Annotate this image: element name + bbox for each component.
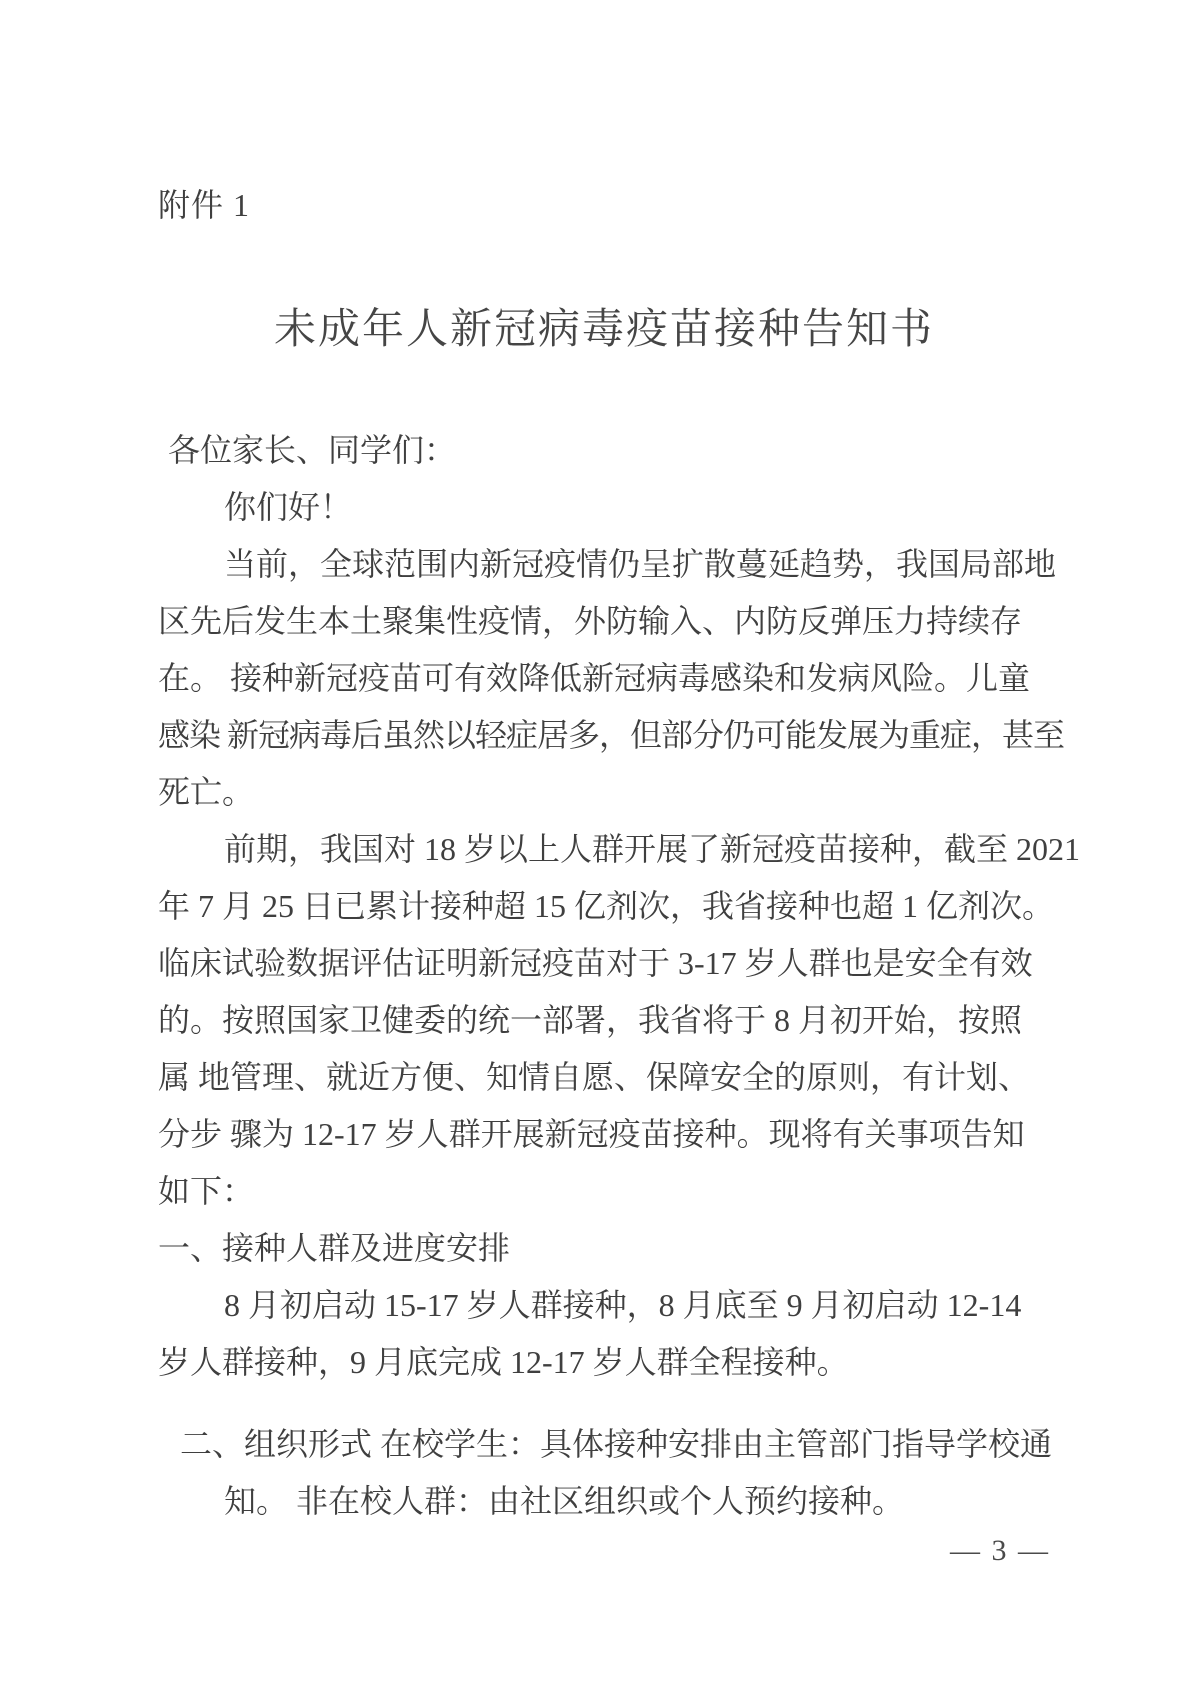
section-heading: 一、接种人群及进度安排 [158, 1220, 1050, 1277]
body-line: 知。 非在校人群：由社区组织或个人预约接种。 [158, 1473, 1050, 1530]
document-title: 未成年人新冠病毒疫苗接种告知书 [158, 305, 1050, 355]
body-line: 区先后发生本土聚集性疫情，外防输入、内防反弹压力持续存 [158, 593, 1050, 650]
body-line: 年 7 月 25 日已累计接种超 15 亿剂次，我省接种也超 1 亿剂次。 [158, 878, 1050, 935]
body-line: 前期，我国对 18 岁以上人群开展了新冠疫苗接种，截至 2021 [158, 821, 1050, 878]
body-line: 在。 接种新冠疫苗可有效降低新冠病毒感染和发病风险。儿童 [158, 650, 1050, 707]
body-line: 死亡。 [158, 764, 1050, 821]
section-heading: 二、组织形式 在校学生：具体接种安排由主管部门指导学校通 [158, 1416, 1050, 1473]
body-line: 属 地管理、就近方便、知情自愿、保障安全的原则，有计划、 [158, 1049, 1050, 1106]
body-line: 8 月初启动 15-17 岁人群接种，8 月底至 9 月初启动 12-14 [158, 1277, 1050, 1334]
body-line: 如下： [158, 1163, 1050, 1220]
document-page: 附件 1 未成年人新冠病毒疫苗接种告知书 各位家长、同学们： 你们好！ 当前，全… [0, 0, 1200, 1696]
document-body: 你们好！ 当前，全球范围内新冠疫情仍呈扩散蔓延趋势，我国局部地 区先后发生本土聚… [158, 479, 1050, 1530]
body-line: 岁人群接种，9 月底完成 12-17 岁人群全程接种。 [158, 1334, 1050, 1391]
body-line: 你们好！ [158, 479, 1050, 536]
body-line: 的。按照国家卫健委的统一部署，我省将于 8 月初开始，按照 [158, 992, 1050, 1049]
body-line: 分步 骤为 12-17 岁人群开展新冠疫苗接种。现将有关事项告知 [158, 1106, 1050, 1163]
body-line: 感染 新冠病毒后虽然以轻症居多，但部分仍可能发展为重症，甚至 [158, 707, 1050, 764]
salutation-line: 各位家长、同学们： [158, 422, 1050, 479]
body-line: 当前，全球范围内新冠疫情仍呈扩散蔓延趋势，我国局部地 [158, 536, 1050, 593]
page-number: — 3 — [158, 1530, 1050, 1572]
attachment-label: 附件 1 [158, 185, 1050, 225]
body-line: 临床试验数据评估证明新冠疫苗对于 3-17 岁人群也是安全有效 [158, 935, 1050, 992]
